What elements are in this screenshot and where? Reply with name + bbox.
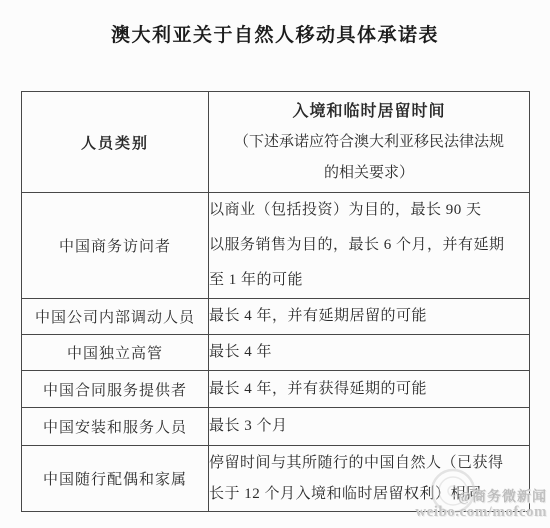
watermark-account: @商务微新闻 <box>458 486 547 506</box>
table-header-row: 人员类别 入境和临时居留时间 （下述承诺应符合澳大利亚移民法律法规 的相关要求） <box>22 92 530 193</box>
header-cell-detail: 入境和临时居留时间 （下述承诺应符合澳大利亚移民法律法规 的相关要求） <box>209 92 530 193</box>
category-cell: 中国独立高管 <box>22 335 209 371</box>
table-row-contractual-service-suppliers: 中国合同服务提供者 最长 4 年，并有获得延期的可能 <box>22 371 530 408</box>
watermark-url: weibo.com/mofcom <box>415 504 547 521</box>
detail-line: 以商业（包括投资）为目的，最长 90 天 <box>209 193 529 228</box>
detail-cell: 最长 4 年，并有获得延期的可能 <box>209 371 530 408</box>
detail-line: 以服务销售为目的，最长 6 个月，并有延期 <box>209 228 529 263</box>
table-row-independent-executives: 中国独立高管 最长 4 年 <box>22 335 530 371</box>
header-detail-note-line2: 的相关要求） <box>209 158 529 189</box>
category-cell: 中国随行配偶和家属 <box>22 446 209 512</box>
detail-cell: 最长 4 年，并有延期居留的可能 <box>209 299 530 335</box>
page-title: 澳大利亚关于自然人移动具体承诺表 <box>0 20 550 47</box>
detail-cell: 以商业（包括投资）为目的，最长 90 天 以服务销售为目的，最长 6 个月，并有… <box>209 193 530 299</box>
table-row-intra-corporate-transferees: 中国公司内部调动人员 最长 4 年，并有延期居留的可能 <box>22 299 530 335</box>
header-detail-title: 入境和临时居留时间 <box>209 96 529 127</box>
detail-line: 最长 4 年，并有获得延期的可能 <box>209 372 529 407</box>
header-cell-category: 人员类别 <box>22 92 209 193</box>
detail-line: 停留时间与其所随行的中国自然人（已获得 <box>209 448 529 479</box>
category-cell: 中国安装和服务人员 <box>22 408 209 446</box>
detail-line: 最长 3 个月 <box>209 409 529 444</box>
detail-line: 最长 4 年，并有延期居留的可能 <box>209 299 529 334</box>
detail-cell: 最长 4 年 <box>209 335 530 371</box>
detail-cell: 最长 3 个月 <box>209 408 530 446</box>
table-row-business-visitors: 中国商务访问者 以商业（包括投资）为目的，最长 90 天 以服务销售为目的，最长… <box>22 193 530 299</box>
category-cell: 中国商务访问者 <box>22 193 209 299</box>
detail-line: 最长 4 年 <box>209 335 529 370</box>
category-cell: 中国公司内部调动人员 <box>22 299 209 335</box>
table-row-installers-servicers: 中国安装和服务人员 最长 3 个月 <box>22 408 530 446</box>
category-cell: 中国合同服务提供者 <box>22 371 209 408</box>
detail-line: 至 1 年的可能 <box>209 263 529 298</box>
header-detail-note-line1: （下述承诺应符合澳大利亚移民法律法规 <box>209 127 529 158</box>
commitments-table: 人员类别 入境和临时居留时间 （下述承诺应符合澳大利亚移民法律法规 的相关要求）… <box>21 91 530 512</box>
